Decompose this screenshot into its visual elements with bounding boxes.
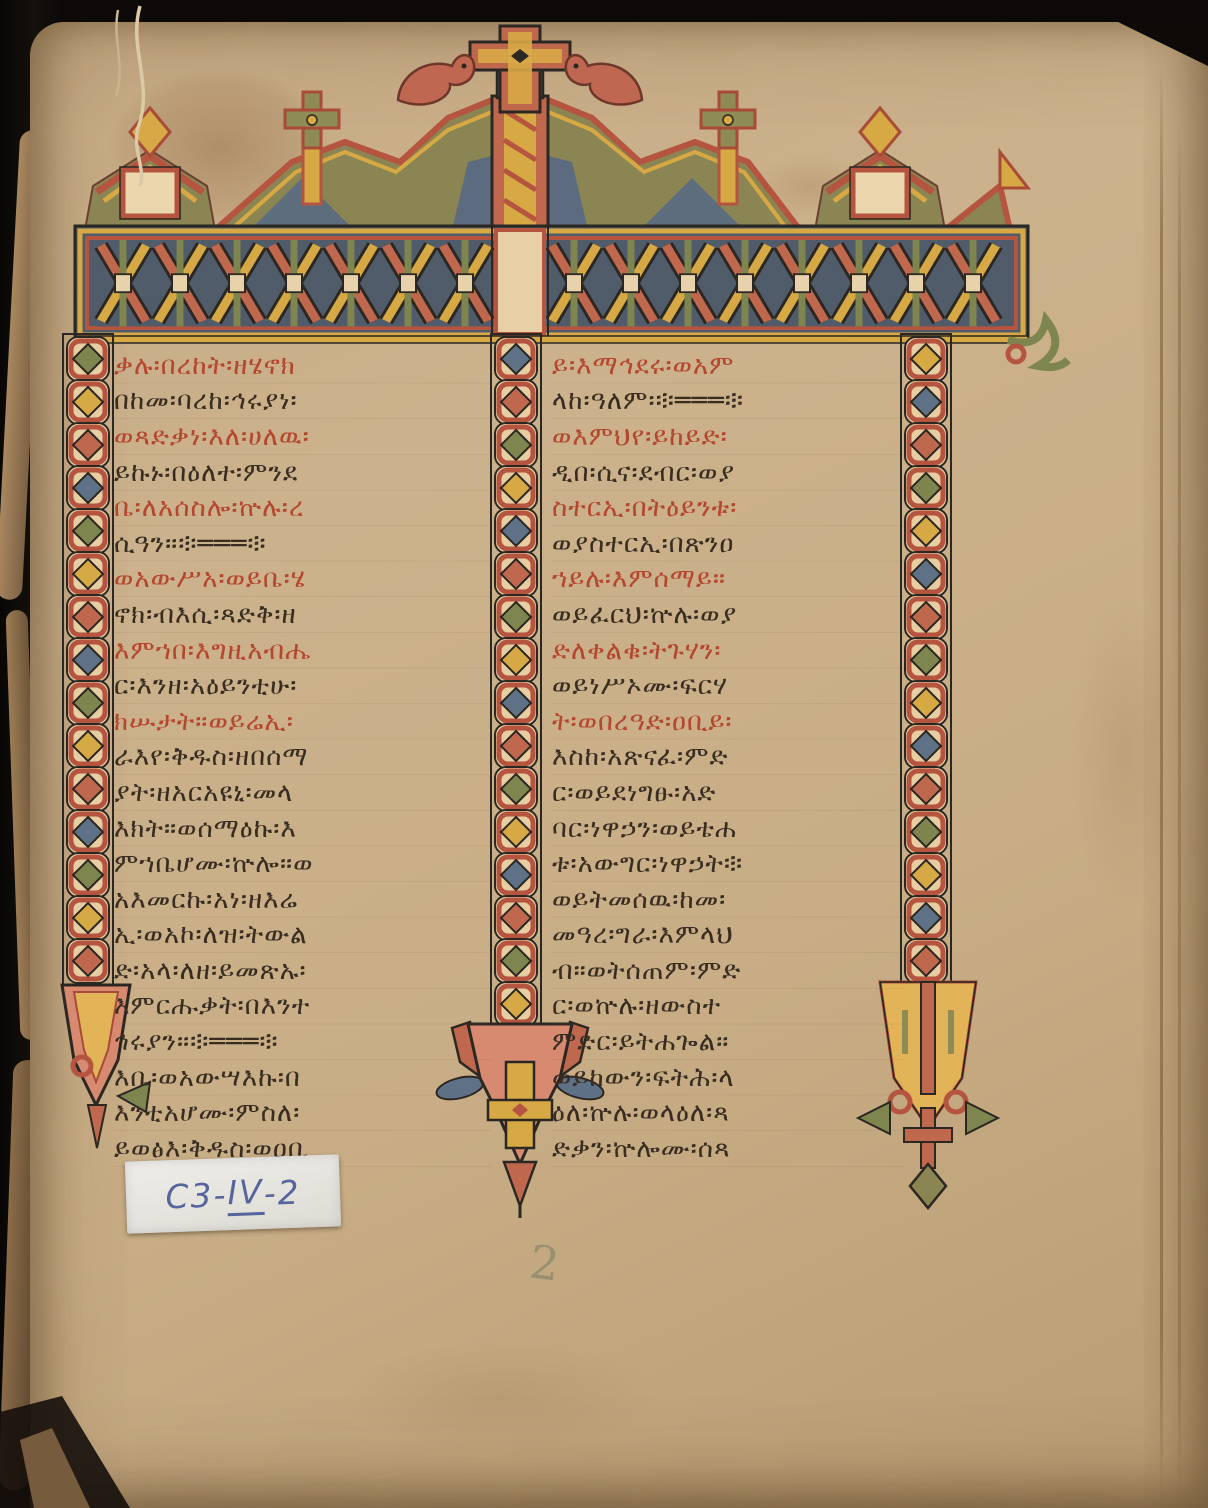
line-text: ር፡እንዘ፡አዕይንቲሁ፡ (114, 673, 297, 699)
line-text: ወይትመሰዉ፡ከመ፡ (552, 887, 726, 913)
line-text: ቱ፡አውግር፡ነዋኃት፨ (552, 851, 743, 877)
line-text: ብ።ወትሰጠም፡ምድ (552, 958, 741, 984)
line-text: ይኩኑ፡በዕለተ፡ምንደ (114, 460, 298, 486)
line-text: ባር፡ነዋኃን፡ወይቴሐ (552, 816, 737, 842)
line-text: እስከ፡አጽናፈ፡ምድ (552, 744, 728, 770)
text-line: ወይከውን፡ፍትሕ፡ላ (552, 1060, 904, 1096)
text-line: ወጻድቃነ፡እለ፡ሀለዉ፡ (114, 419, 492, 455)
text-line: እንቲአሆሙ፡ምስለ፡ (114, 1095, 492, 1131)
text-line: ብ።ወትሰጠም፡ምድ (552, 953, 904, 989)
line-text: እምኀበ፡እግዚአብሔ (114, 638, 311, 664)
line-text: ኖክ፡ብእሲ፡ጻድቅ፡ዘ (114, 602, 297, 628)
line-text: ድ፡አላ፡ለዘ፡ይመጽኡ፡ (114, 958, 307, 984)
text-line: ምኀቤሆሙ፡ኵሎ።ወ (114, 846, 492, 882)
shelfmark-text: C3- (165, 1175, 228, 1216)
line-text: ር፡ወይደነግፁ፡አድ (552, 780, 716, 806)
line-text: ኀይሉ፡እምሰማይ። (552, 566, 726, 592)
line-text: ዕለ፡ኵሉ፡ወላዕለ፡ጻ (552, 1100, 730, 1126)
line-text: መዓረ፡ግራ፡እምላህ (552, 922, 734, 948)
line-text: ወእምህየ፡ይከይድ፡ (552, 424, 728, 450)
text-line: ቤ፡ለአሰስሎ፡ኵሉ፡ረ (114, 490, 492, 526)
line-text: አእመርኩ፡አነ፡ዘእሬ (114, 887, 298, 913)
text-line: ድ፡አላ፡ለዘ፡ይመጽኡ፡ (114, 953, 492, 989)
text-line: ምድር፡ይትሐጐል። (552, 1024, 904, 1060)
line-text: ድለቀልቁ፡ትጉሃን፡ (552, 638, 722, 664)
shelfmark-label: C3-IV-2 (125, 1154, 341, 1233)
text-line: እቤ፡ወአውሣእኩ፡በ (114, 1060, 492, 1096)
line-text: እንቲአሆሙ፡ምስለ፡ (114, 1100, 300, 1126)
text-line: መዓረ፡ግራ፡እምላህ (552, 918, 904, 954)
text-line: ቃሉ፡በረከት፡ዘሄኖክ (114, 348, 492, 384)
text-line: ኀይሉ፡እምሰማይ። (552, 562, 904, 598)
line-text: እቤ፡ወአውሣእኩ፡በ (114, 1065, 301, 1091)
text-line: ወይትመሰዉ፡ከመ፡ (552, 882, 904, 918)
parchment-stain (720, 142, 900, 232)
line-text: ዲበ፡ሲና፡ደብር፡ወያ (552, 460, 735, 486)
shelfmark-text: -2 (263, 1172, 301, 1212)
text-line: ኢ፡ወአኮ፡ለዝ፡ትውል (114, 918, 492, 954)
text-line: ያት፡ዘአርአዩኒ፡መላ (114, 775, 492, 811)
text-line: ር፡ወይደነግፁ፡አድ (552, 775, 904, 811)
line-text: ሲዓን።፨═══፨ (114, 531, 267, 557)
line-text: ወጻድቃነ፡እለ፡ሀለዉ፡ (114, 424, 310, 450)
text-line: ባር፡ነዋኃን፡ወይቴሐ (552, 811, 904, 847)
text-line: እክት።ወሰማዕኩ፡እ (114, 811, 492, 847)
line-text: ክሡታት።ወይሬኢ፡ (114, 709, 294, 735)
text-line: ዕለ፡ኵሉ፡ወላዕለ፡ጻ (552, 1095, 904, 1131)
text-line: ራእየ፡ቅዱስ፡ዘበሰማ (114, 740, 492, 776)
line-text: ኅሩያን።፨═══፨ (114, 1029, 279, 1055)
text-line: ር፡ወኵሉ፡ዘውስተ (552, 989, 904, 1025)
text-line: ወአውሥአ፡ወይቤ፡ሄ (114, 562, 492, 598)
line-text: እክት።ወሰማዕኩ፡እ (114, 816, 297, 842)
line-text: ኢ፡ወአኮ፡ለዝ፡ትውል (114, 922, 308, 948)
text-line: እምኀበ፡እግዚአብሔ (114, 633, 492, 669)
text-line: ኅሩያን።፨═══፨ (114, 1024, 492, 1060)
line-text: ወይነሥኦሙ፡ፍርሃ (552, 673, 728, 699)
under-page-edge (1160, 60, 1163, 1508)
text-line: ር፡እንዘ፡አዕይንቲሁ፡ (114, 668, 492, 704)
line-text: እምርሑቃት፡በእንተ (114, 993, 310, 1019)
line-text: ወያስተርኢ፡በጽንዐ (552, 531, 734, 557)
text-line: በከመ፡ባረከ፡ኅሩያነ፡ (114, 384, 492, 420)
text-line: ክሡታት።ወይሬኢ፡ (114, 704, 492, 740)
line-text: ድቃን፡ኵሎሙ፡ሰጻ (552, 1136, 731, 1162)
line-text: ላከ፡ዓለም፡፨═══፨ (552, 388, 744, 414)
text-line: ይ፡እማኅደሩ፡ወአም (552, 348, 904, 384)
text-line: አእመርኩ፡አነ፡ዘእሬ (114, 882, 492, 918)
text-line: ስተርኢ፡በትዕይንቱ፡ (552, 490, 904, 526)
line-text: በከመ፡ባረከ፡ኅሩያነ፡ (114, 388, 298, 414)
line-text: ምኀቤሆሙ፡ኵሎ።ወ (114, 851, 313, 877)
text-line: ወእምህየ፡ይከይድ፡ (552, 419, 904, 455)
text-line: ላከ፡ዓለም፡፨═══፨ (552, 384, 904, 420)
text-line: እስከ፡አጽናፈ፡ምድ (552, 740, 904, 776)
text-line: ድለቀልቁ፡ትጉሃን፡ (552, 633, 904, 669)
text-line: ይኩኑ፡በዕለተ፡ምንደ (114, 455, 492, 491)
text-column-right: ይ፡እማኅደሩ፡ወአም ላከ፡ዓለም፡፨═══፨ ወእምህየ፡ይከይድ፡ ዲበ፡… (552, 348, 904, 1167)
line-text: ወይፈርህ፡ኵሉ፡ወያ (552, 602, 737, 628)
line-text: ያት፡ዘአርአዩኒ፡መላ (114, 780, 293, 806)
line-text: ወይከውን፡ፍትሕ፡ላ (552, 1065, 735, 1091)
line-text: ወአውሥአ፡ወይቤ፡ሄ (114, 566, 306, 592)
line-text: ር፡ወኵሉ፡ዘውስተ (552, 993, 721, 1019)
line-text: ይ፡እማኅደሩ፡ወአም (552, 353, 734, 379)
text-column-left: ቃሉ፡በረከት፡ዘሄኖክ በከመ፡ባረከ፡ኅሩያነ፡ ወጻድቃነ፡እለ፡ሀለዉ፡… (114, 348, 492, 1167)
parchment-stain (290, 1322, 710, 1472)
text-line: ኖክ፡ብእሲ፡ጻድቅ፡ዘ (114, 597, 492, 633)
text-line: ወያስተርኢ፡በጽንዐ (552, 526, 904, 562)
line-text: ት፡ወበረዓድ፡ዐቢይ፡ (552, 709, 733, 735)
text-line: ሲዓን።፨═══፨ (114, 526, 492, 562)
text-line: ቱ፡አውግር፡ነዋኃት፨ (552, 846, 904, 882)
text-line: እምርሑቃት፡በእንተ (114, 989, 492, 1025)
shelfmark-roman-numeral: IV (227, 1171, 265, 1215)
line-text: ቤ፡ለአሰስሎ፡ኵሉ፡ረ (114, 495, 304, 521)
text-line: ዲበ፡ሲና፡ደብር፡ወያ (552, 455, 904, 491)
text-line: ወይነሥኦሙ፡ፍርሃ (552, 668, 904, 704)
text-line: ድቃን፡ኵሎሙ፡ሰጻ (552, 1131, 904, 1167)
under-page-edge (1178, 120, 1181, 1508)
text-line: ወይፈርህ፡ኵሉ፡ወያ (552, 597, 904, 633)
line-text: ምድር፡ይትሐጐል። (552, 1029, 729, 1055)
line-text: ስተርኢ፡በትዕይንቱ፡ (552, 495, 737, 521)
text-line: ት፡ወበረዓድ፡ዐቢይ፡ (552, 704, 904, 740)
worn-corner-patch (70, 42, 370, 252)
line-text: ራእየ፡ቅዱስ፡ዘበሰማ (114, 744, 308, 770)
line-text: ቃሉ፡በረከት፡ዘሄኖክ (114, 353, 296, 379)
